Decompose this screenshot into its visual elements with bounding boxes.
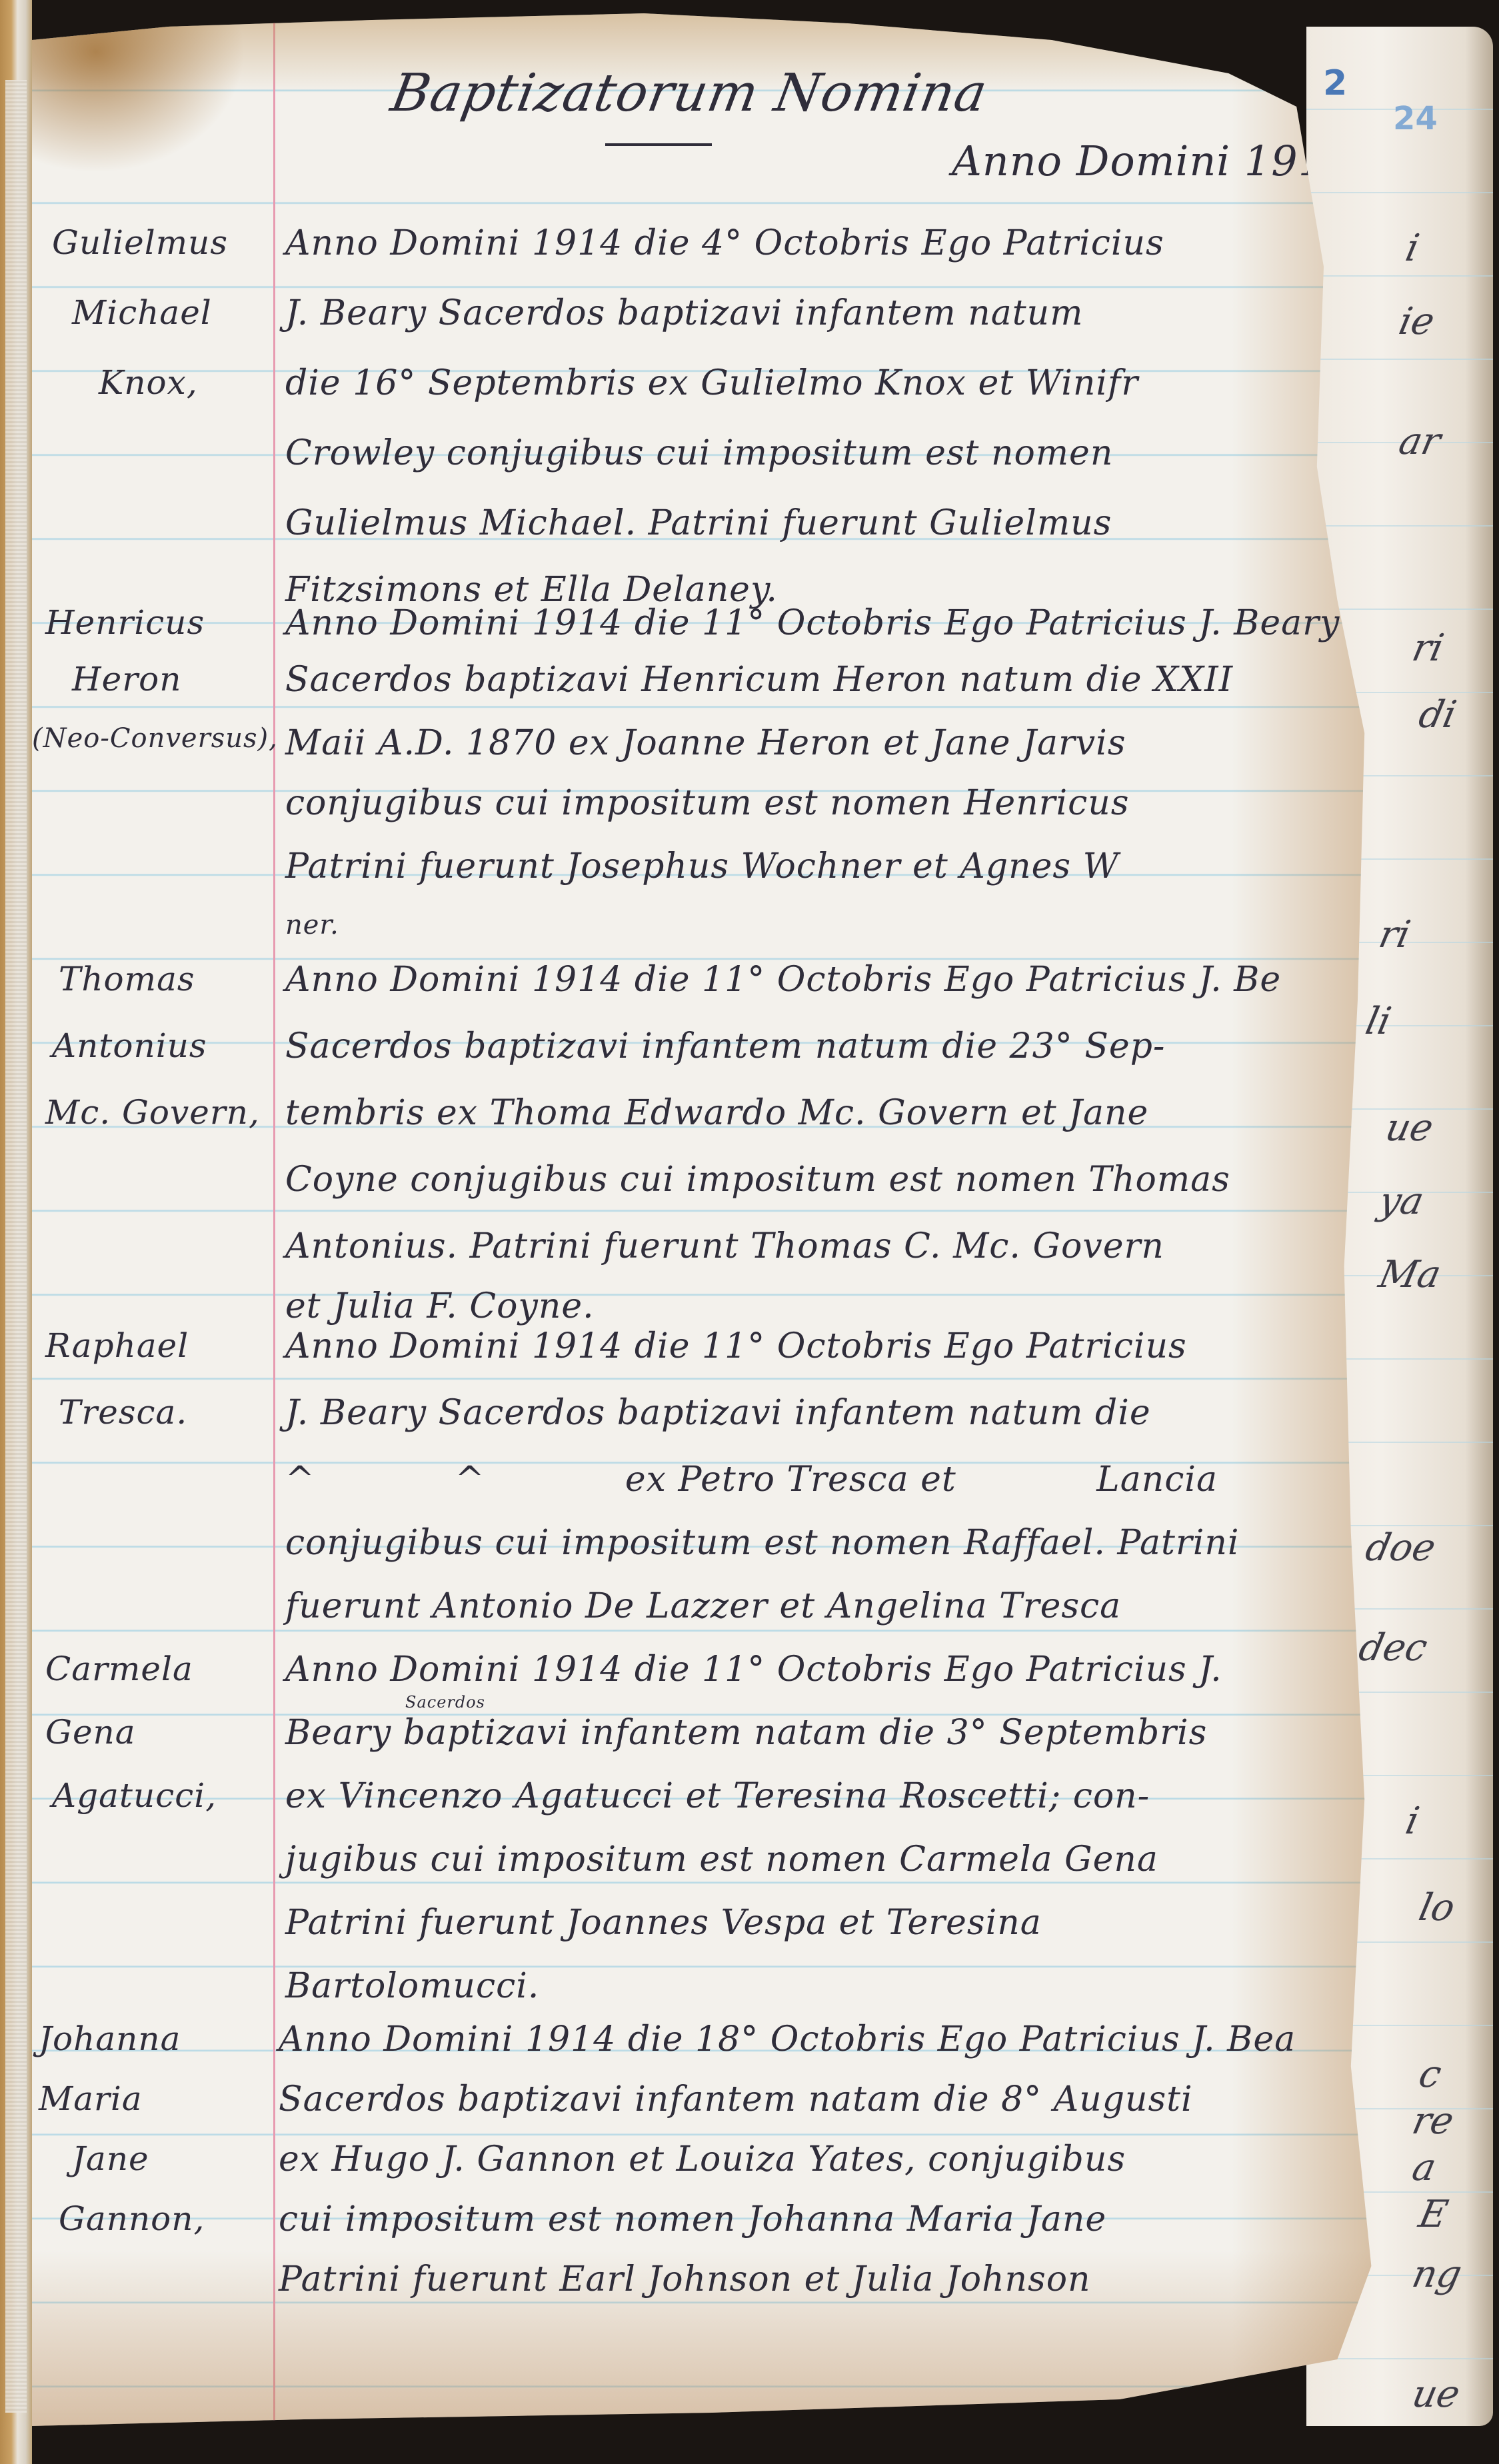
margin-rule [273, 0, 275, 2464]
entry-name-line: Heron [72, 660, 181, 698]
entry-text-line: tembris ex Thoma Edwardo Mc. Govern et J… [285, 1093, 1148, 1133]
page-title: Baptizatorum Nomina [387, 63, 992, 123]
page-number-stamp: 24 [1393, 100, 1438, 137]
entry-text-line: ex Vincenzo Agatucci et Teresina Roscett… [285, 1776, 1150, 1816]
entry-text-line: ner. [285, 910, 339, 940]
underlying-text-fragment: dec [1355, 1626, 1431, 1670]
entry-name-line: Raphael [45, 1326, 189, 1365]
entry-name-line: Gulielmus [52, 223, 228, 262]
underlying-text-fragment: doe [1362, 1526, 1440, 1570]
entry-text-line: ^ ^ ex Petro Tresca et Lancia [285, 1460, 1218, 1500]
entry-text-line: Antonius. Patrini fuerunt Thomas C. Mc. … [285, 1226, 1164, 1266]
entry-text-line: J. Beary Sacerdos baptizavi infantem nat… [285, 293, 1083, 333]
underlying-text-fragment: ng [1408, 2253, 1466, 2296]
entry-text-line: Bartolomucci. [285, 1966, 539, 2006]
entry-text-line: Anno Domini 1914 die 11° Octobris Ego Pa… [285, 960, 1281, 1000]
entry-text-line: Anno Domini 1914 die 18° Octobris Ego Pa… [279, 2019, 1296, 2059]
entry-name-line: Maria [39, 2079, 143, 2118]
entry-text-line: die 16° Septembris ex Gulielmo Knox et W… [285, 363, 1138, 403]
underlying-text-fragment: ue [1382, 1106, 1437, 1150]
entry-name-line: Gannon, [59, 2199, 205, 2238]
entry-name-line: Tresca. [59, 1393, 187, 1432]
year-heading: Anno Domini 191 [952, 137, 1325, 185]
binding-cloth-tape [5, 80, 27, 2413]
entry-name-line: Henricus [45, 603, 205, 642]
register-page: Baptizatorum Nomina Anno Domini 191 Guli… [32, 0, 1392, 2464]
entry-text-line: Anno Domini 1914 die 11° Octobris Ego Pa… [285, 603, 1340, 643]
entry-text-line: Coyne conjugibus cui impositum est nomen… [285, 1160, 1230, 1200]
book-binding-spine [0, 0, 32, 2464]
entry-name-line: Michael [72, 293, 212, 332]
entry-name-line: Jane [72, 2139, 149, 2178]
entry-text-line: ex Hugo J. Gannon et Louiza Yates, conju… [279, 2139, 1126, 2179]
entry-name-line: Mc. Govern, [45, 1093, 260, 1132]
entry-name-line: (Neo-Conversus), [32, 723, 278, 754]
entry-name-line: Knox, [99, 363, 198, 402]
underlying-text-fragment: Ma [1375, 1253, 1445, 1296]
entry-text-line: Beary baptizavi infantem natam die 3° Se… [285, 1713, 1207, 1753]
entry-text-line: Gulielmus Michael. Patrini fuerunt Gulie… [285, 503, 1112, 543]
page-number: 2 [1323, 63, 1347, 103]
entry-text-line: Sacerdos baptizavi Henricum Heron natum … [285, 660, 1233, 700]
underlying-text-fragment: ya [1375, 1180, 1428, 1223]
entry-name-line: Antonius [52, 1026, 207, 1065]
entry-text-line: jugibus cui impositum est nomen Carmela … [285, 1840, 1158, 1879]
entry-text-line: Sacerdos baptizavi infantem natam die 8°… [279, 2079, 1193, 2119]
entry-text-line: J. Beary Sacerdos baptizavi infantem nat… [285, 1393, 1151, 1433]
interlinear-insertion: Sacerdos [405, 1693, 485, 1712]
entry-text-line: Patrini fuerunt Earl Johnson et Julia Jo… [279, 2259, 1091, 2299]
entry-text-line: fuerunt Antonio De Lazzer et Angelina Tr… [285, 1586, 1121, 1626]
entry-text-line: conjugibus cui impositum est nomen Henri… [285, 783, 1129, 823]
title-underline [605, 143, 712, 146]
entry-text-line: Crowley conjugibus cui impositum est nom… [285, 433, 1113, 473]
entry-text-line: Patrini fuerunt Josephus Wochner et Agne… [285, 846, 1119, 886]
entry-text-line: Maii A.D. 1870 ex Joanne Heron et Jane J… [285, 723, 1126, 763]
entry-text-line: Anno Domini 1914 die 11° Octobris Ego Pa… [285, 1326, 1187, 1366]
underlying-text-fragment: ue [1408, 2373, 1464, 2416]
entry-text-line: Patrini fuerunt Joannes Vespa et Teresin… [285, 1903, 1042, 1943]
entry-text-line: Anno Domini 1914 die 11° Octobris Ego Pa… [285, 1650, 1222, 1690]
age-stain-corner [32, 0, 245, 173]
entry-name-line: Carmela [45, 1650, 193, 1688]
entry-text-line: et Julia F. Coyne. [285, 1286, 595, 1326]
entry-name-line: Thomas [59, 960, 195, 998]
entry-name-line: Gena [45, 1713, 136, 1752]
entry-name-line: Agatucci, [52, 1776, 217, 1815]
entry-text-line: conjugibus cui impositum est nomen Raffa… [285, 1523, 1240, 1563]
entry-name-line: Johanna [39, 2019, 181, 2058]
entry-text-line: cui impositum est nomen Johanna Maria Ja… [279, 2199, 1106, 2239]
entry-text-line: Anno Domini 1914 die 4° Octobris Ego Pat… [285, 223, 1164, 263]
entry-text-line: Sacerdos baptizavi infantem natum die 23… [285, 1026, 1165, 1066]
